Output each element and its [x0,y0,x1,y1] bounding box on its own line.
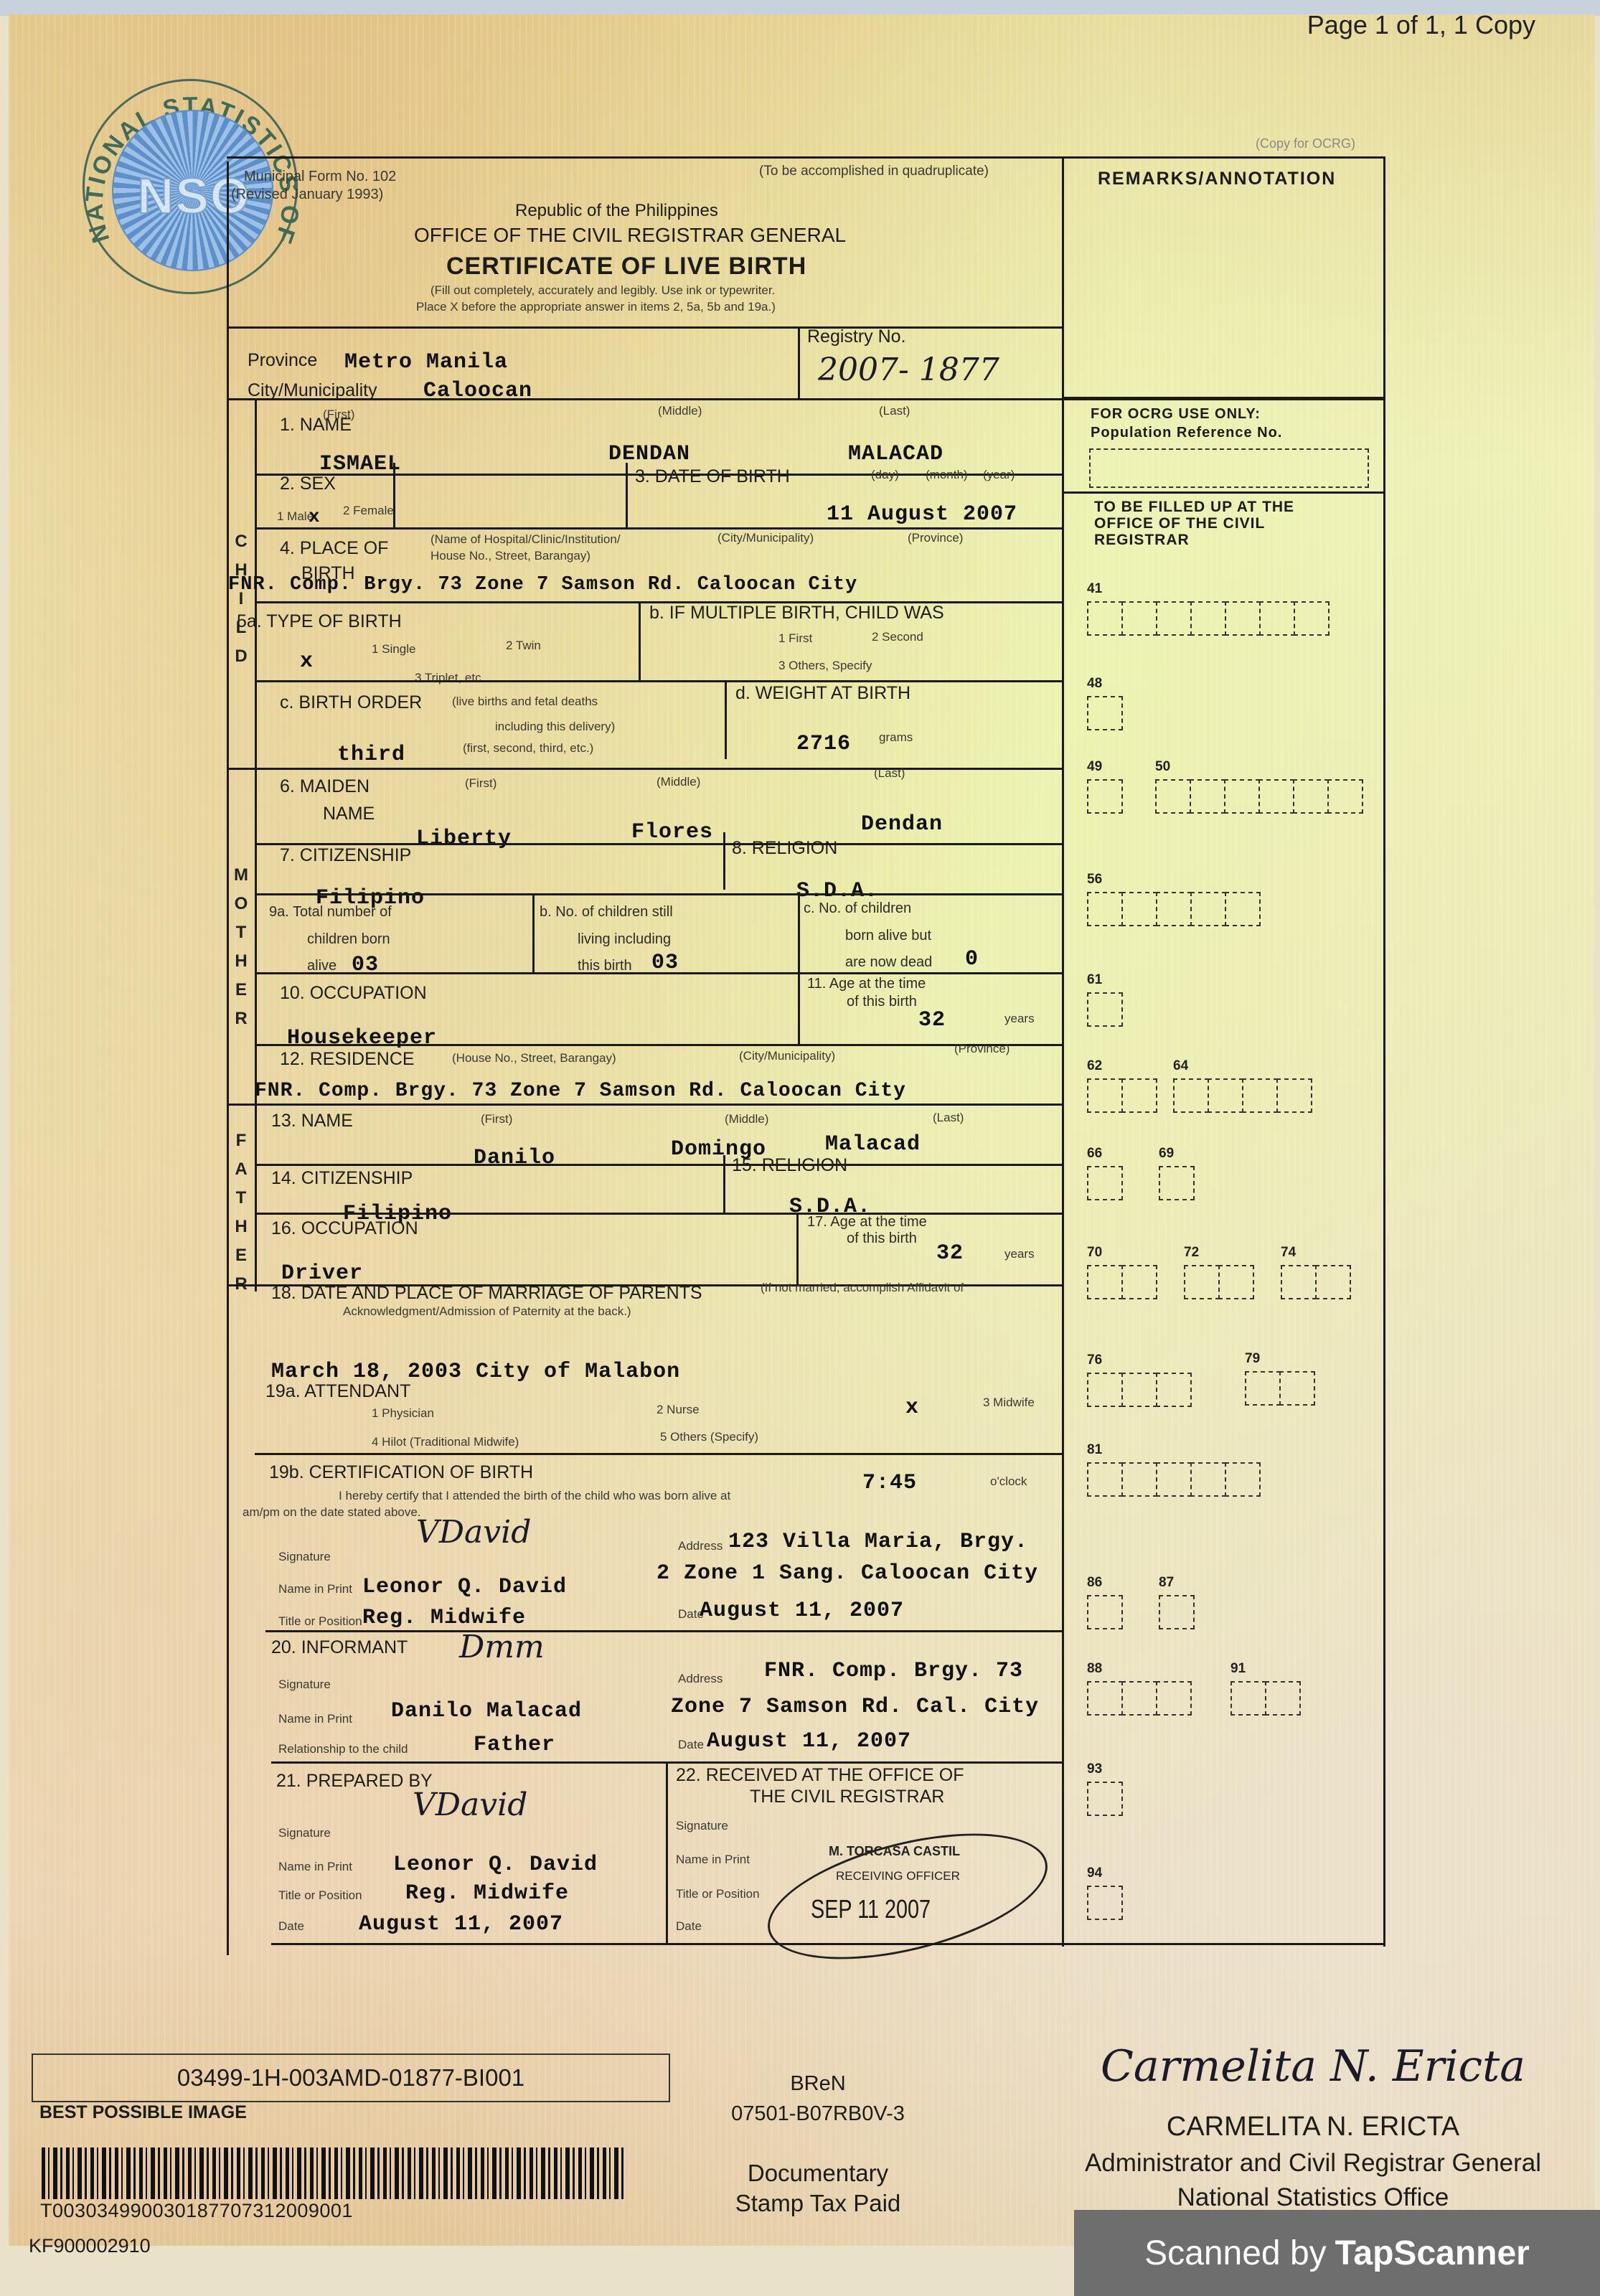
line [723,1155,725,1213]
code-box[interactable] [1159,1595,1195,1629]
code-box[interactable] [1156,892,1192,926]
code-box-group[interactable] [1155,779,1362,814]
code-box[interactable] [1121,601,1157,636]
code-box-group[interactable] [1087,1265,1156,1299]
code-box-group[interactable] [1087,696,1121,730]
attendant-midwife-option: 3 Midwife [983,1396,1035,1410]
code-box[interactable] [1279,1371,1315,1406]
father-religion-label: 15. RELIGION [732,1155,847,1176]
received-label-1: 22. RECEIVED AT THE OFFICE OF [676,1765,964,1786]
line [723,832,725,890]
father-age-value: 32 [936,1241,964,1266]
certification-text-1: I hereby certify that I attended the bir… [339,1489,730,1503]
code-box[interactable] [1087,1166,1123,1200]
line [255,1453,1063,1455]
code-box[interactable] [1190,779,1225,814]
informant-date-value: August 11, 2007 [707,1729,911,1754]
prepared-signature-label: Signature [278,1826,331,1840]
code-box-group[interactable] [1087,1886,1121,1920]
weight-label: d. WEIGHT AT BIRTH [735,683,910,704]
birth-time-unit: o'clock [990,1474,1027,1489]
code-box-group[interactable] [1087,1078,1156,1113]
code-box[interactable] [1121,1462,1157,1497]
mother-name-label-2: NAME [323,804,375,824]
code-label: 62 [1087,1058,1102,1074]
father-age-label-1: 17. Age at the time [807,1214,927,1231]
code-box[interactable] [1087,601,1123,636]
type-mark: x [300,649,314,674]
cert-address-line-2: 2 Zone 1 Sang. Caloocan City [657,1561,1038,1586]
attendant-mark: x [905,1396,919,1420]
informant-relationship-label: Relationship to the child [278,1742,408,1756]
line [255,1164,1063,1166]
father-age-label-2: of this birth [847,1231,917,1247]
total-children-label-1: 9a. Total number of [269,904,392,921]
informant-name-label: Name in Print [278,1712,352,1726]
code-box[interactable] [1173,1078,1209,1113]
code-label: 76 [1087,1352,1102,1368]
city-value: Caloocan [423,379,532,403]
attendant-physician-option: 1 Physician [372,1406,434,1421]
code-box[interactable] [1159,1166,1195,1200]
code-label: 86 [1087,1575,1102,1591]
birth-order-hint-3: (first, second, third, etc.) [463,741,593,756]
type-single-option: 1 Single [372,642,415,657]
received-title-label: Title or Position [676,1887,760,1901]
received-date-label: Date [676,1919,702,1934]
cert-title-label: Title or Position [278,1614,362,1629]
birth-order-hint-1: (live births and fetal deaths [452,695,598,709]
code-box-group[interactable] [1230,1681,1299,1716]
header-bottom-line [227,326,1063,329]
pob-label-1: 4. PLACE OF [280,538,388,559]
pob-province-hint: (Province) [908,531,963,545]
code-box-group[interactable] [1087,1373,1190,1407]
registry-label: Registry No. [807,326,906,347]
code-box[interactable] [1225,1462,1261,1497]
code-box[interactable] [1121,1373,1157,1407]
stamp-tax-line-1: Documentary [710,2160,926,2187]
code-box[interactable] [1184,1265,1220,1299]
code-box[interactable] [1225,892,1261,926]
total-children-label-2: children born [307,931,390,948]
code-box[interactable] [1224,779,1260,814]
code-box-group[interactable] [1087,779,1121,814]
code-box[interactable] [1087,1462,1123,1497]
bren-value: 07501-B07RB0V-3 [710,2102,926,2126]
residence-value: FNR. Comp. Brgy. 73 Zone 7 Samson Rd. Ca… [255,1080,906,1102]
father-last-hint: (Last) [933,1111,964,1125]
code-box[interactable] [1087,1681,1123,1716]
pob-hint-2: House No., Street, Barangay) [430,549,590,563]
mother-age-label-1: 11. Age at the time [807,976,926,992]
code-label: 69 [1159,1146,1174,1162]
registrar-note-3: REGISTRAR [1094,530,1190,551]
code-box[interactable] [1293,779,1329,814]
code-box[interactable] [1156,1373,1192,1407]
code-box-group[interactable] [1087,1595,1121,1629]
code-label: 87 [1159,1575,1174,1591]
dead-children-value: 0 [965,947,979,971]
line [255,527,1063,530]
code-box[interactable] [1121,892,1157,926]
code-label: 93 [1087,1761,1102,1777]
line [255,972,1063,974]
mother-first-name: Liberty [416,827,512,851]
code-box[interactable] [1327,779,1363,814]
father-citizenship-label: 14. CITIZENSHIP [271,1168,413,1189]
birth-time-value: 7:45 [862,1471,917,1495]
informant-address-line-2: Zone 7 Samson Rd. Cal. City [671,1695,1039,1719]
ocrg-pop-ref-label: Population Reference No. [1091,422,1282,443]
cert-signature: VDavid [416,1514,531,1551]
code-label: 91 [1230,1661,1246,1677]
code-box[interactable] [1121,1681,1157,1716]
code-box[interactable] [1258,779,1294,814]
kf-number: KF900002910 [29,2235,151,2257]
father-middle-hint: (Middle) [725,1112,768,1126]
line [255,680,1063,682]
mother-age-value: 32 [918,1008,946,1032]
code-box[interactable] [1281,1265,1317,1299]
registrar-signature: Carmelita N. Ericta [1055,2041,1571,2092]
mother-occupation-label: 10. OCCUPATION [280,983,427,1004]
code-box-group[interactable] [1159,1166,1193,1200]
code-label: 74 [1281,1245,1296,1261]
code-box[interactable] [1087,696,1123,730]
father-occupation-label: 16. OCCUPATION [271,1218,418,1239]
stamp-tax-line-2: Stamp Tax Paid [710,2190,926,2217]
code-label: 41 [1087,581,1102,597]
birth-order-label: c. BIRTH ORDER [280,692,422,713]
best-image-label: BEST POSSIBLE IMAGE [39,2102,247,2123]
line [639,601,641,680]
registry-value: 2007- 1877 [818,352,999,388]
informant-address-label: Address [678,1672,723,1686]
registrar-title: Administrator and Civil Registrar Genera… [1055,2149,1571,2178]
dob-value: 11 August 2007 [827,502,1017,527]
barcode-icon [42,2147,626,2199]
mother-religion-label: 8. RELIGION [732,838,837,859]
line [666,1761,668,1944]
code-box-group[interactable] [1087,1681,1190,1716]
registrar-name: CARMELITA N. ERICTA [1055,2112,1571,2142]
republic-label: Republic of the Philippines [515,201,718,221]
code-box[interactable] [1242,1078,1278,1113]
line [265,1630,1063,1632]
pob-city-hint: (City/Municipality) [717,531,814,545]
accomplish-note: (To be accomplished in quadruplicate) [759,164,989,179]
line [271,1943,1383,1945]
mother-citizenship-label: 7. CITIZENSHIP [280,845,411,866]
received-label-2: THE CIVIL REGISTRAR [750,1787,944,1807]
code-label: 48 [1087,676,1102,692]
living-children-label-1: b. No. of children still [540,904,673,921]
cert-signature-label: Signature [278,1550,331,1564]
attendant-others-option: 5 Others (Specify) [660,1430,758,1444]
father-name-label: 13. NAME [271,1111,353,1131]
living-children-label-2: living including [578,931,671,948]
code-box[interactable] [1190,1462,1226,1497]
code-label: 81 [1087,1442,1102,1458]
sex-mark: x [309,506,321,527]
cert-name-value: Leonor Q. David [362,1575,567,1599]
code-box-group[interactable] [1087,992,1121,1027]
attendant-label: 19a. ATTENDANT [265,1381,410,1402]
form-top-border [227,156,1383,159]
code-box-group[interactable] [1087,892,1259,926]
code-label: 56 [1087,872,1102,888]
certification-label: 19b. CERTIFICATION OF BIRTH [269,1462,533,1483]
line [798,893,800,1044]
code-box[interactable] [1259,601,1295,636]
dob-day-hint: (day) [871,468,899,482]
dob-label: 3. DATE OF BIRTH [635,466,790,487]
form-divider-remarks [1062,156,1064,1947]
sex-label: 2. SEX [280,474,336,494]
last-hint: (Last) [879,404,910,418]
prepared-name-label: Name in Print [278,1860,352,1874]
father-occupation-value: Driver [281,1261,363,1286]
code-label: 50 [1155,759,1170,775]
form-left-border [227,161,229,1955]
scanned-by-text: Scanned by [1144,2234,1327,2273]
pob-value: FNR. Comp. Brgy. 73 Zone 7 Samson Rd. Ca… [228,574,857,596]
control-number: 03499-1H-003AMD-01877-BI001 [32,2053,670,2102]
line [796,1213,799,1284]
dob-month-hint: (month) [926,468,968,482]
code-box-group[interactable] [1184,1265,1253,1299]
weight-value: 2716 [796,732,851,756]
informant-date-label: Date [678,1738,704,1752]
weight-unit: grams [879,730,913,745]
multiple-first-option: 1 First [778,631,812,646]
code-box[interactable] [1276,1078,1312,1113]
code-box[interactable] [1087,1373,1123,1407]
code-box-group[interactable] [1087,601,1328,636]
received-name-label: Name in Print [676,1853,750,1867]
barcode-number: T003034990030187707312009001 [40,2200,353,2222]
cert-date-value: August 11, 2007 [700,1599,904,1623]
certification-text-2: am/pm on the date stated above. [243,1505,421,1520]
line [1062,397,1383,399]
mother-last-hint: (Last) [874,766,905,781]
informant-name-value: Danilo Malacad [391,1699,582,1723]
father-age-unit: years [1004,1247,1035,1261]
code-box[interactable] [1190,601,1226,636]
tapscanner-brand: TapScanner [1335,2234,1530,2273]
line [227,768,1063,770]
residence-province-hint: (Province) [954,1042,1010,1056]
mother-age-unit: years [1004,1012,1035,1026]
bren-label: BReN [710,2072,926,2096]
dead-children-label-2: born alive but [845,928,931,944]
code-box[interactable] [1190,892,1226,926]
mother-religion-value: S.D.A. [796,879,878,903]
code-box-group[interactable] [1087,1462,1259,1497]
code-box-group[interactable] [1281,1265,1350,1299]
prepared-date-value: August 11, 2007 [359,1912,563,1937]
type-of-birth-label: 5a. TYPE OF BIRTH [237,611,402,632]
code-label: 64 [1173,1058,1188,1074]
remarks-title: REMARKS/ANNOTATION [1098,169,1336,189]
code-label: 66 [1087,1146,1102,1162]
code-box[interactable] [1155,779,1191,814]
cert-address-line-1: 123 Villa Maria, Brgy. [728,1530,1028,1554]
mother-occupation-value: Housekeeper [287,1026,437,1050]
remarks-right-border [1383,156,1385,1947]
birth-order-value: third [337,743,405,767]
first-hint: (First) [323,408,354,422]
mother-last-name: Dendan [861,812,943,837]
child-first-name: ISMAEL [319,452,401,476]
tapscanner-watermark: Scanned by TapScanner [1074,2210,1600,2296]
line [255,1213,1063,1215]
province-label: Province [248,350,317,371]
code-box-group[interactable] [1245,1371,1314,1406]
registry-divider [798,326,800,398]
code-box[interactable] [1265,1681,1301,1716]
child-last-name: MALACAD [848,442,943,466]
code-box[interactable] [1121,1078,1157,1113]
code-box[interactable] [1087,1078,1123,1113]
code-box[interactable] [1230,1681,1266,1716]
prepared-date-label: Date [278,1919,304,1934]
received-signature-label: Signature [676,1819,728,1833]
pob-hint-1: (Name of Hospital/Clinic/Institution/ [430,532,621,547]
marriage-hint-1: (If not married, accomplish Affidavit of [761,1281,964,1295]
marriage-hint-2: Acknowledgment/Admission of Paternity at… [343,1304,631,1319]
line [626,463,628,527]
residence-city-hint: (City/Municipality) [739,1049,835,1063]
line [255,1044,1063,1046]
code-box[interactable] [1315,1265,1351,1299]
father-first-name: Danilo [474,1146,555,1170]
office-label: OFFICE OF THE CIVIL REGISTRAR GENERAL [414,224,846,247]
attendant-hilot-option: 4 Hilot (Traditional Midwife) [372,1435,519,1449]
birth-order-hint-2: including this delivery) [495,720,615,734]
father-last-name: Malacad [825,1132,921,1157]
multiple-birth-label: b. IF MULTIPLE BIRTH, CHILD WAS [649,603,944,624]
population-reference-field[interactable] [1089,448,1369,488]
instructions-line-2: Place X before the appropriate answer in… [416,300,776,314]
prepared-label: 21. PREPARED BY [276,1771,433,1792]
code-box[interactable] [1218,1265,1254,1299]
code-box[interactable] [1087,992,1123,1027]
dead-children-label-1: c. No. of children [804,900,911,917]
middle-hint: (Middle) [658,404,702,418]
code-box[interactable] [1156,1681,1192,1716]
registrar-office: National Statistics Office [1055,2183,1571,2212]
code-box[interactable] [1208,1078,1243,1113]
mother-section-label: MOTHER [231,861,251,1033]
informant-relationship-value: Father [474,1733,555,1757]
residence-label: 12. RESIDENCE [280,1049,415,1070]
mother-first-hint: (First) [465,776,497,791]
code-box[interactable] [1294,601,1330,636]
cert-title-value: Reg. Midwife [362,1606,526,1630]
type-twin-option: 2 Twin [506,639,541,653]
informant-label: 20. INFORMANT [271,1637,408,1658]
dob-year-hint: (year) [983,468,1015,482]
line [1062,491,1383,494]
cert-address-label: Address [678,1539,723,1553]
father-section-label: FATHER [231,1126,251,1299]
line [725,680,727,759]
child-section-label: CHILD [231,527,251,671]
residence-hint: (House No., Street, Barangay) [452,1051,616,1065]
code-label: 70 [1087,1245,1102,1261]
multiple-others-option: 3 Others, Specify [778,659,872,673]
code-box-group[interactable] [1173,1078,1311,1113]
certificate-title: CERTIFICATE OF LIVE BIRTH [446,253,806,281]
city-label: City/Municipality [248,380,377,401]
code-box[interactable] [1156,1462,1192,1497]
cert-name-label: Name in Print [278,1582,352,1596]
prepared-title-value: Reg. Midwife [405,1881,569,1906]
code-label: 79 [1245,1351,1260,1367]
prepared-title-label: Title or Position [278,1888,362,1903]
page-count: Page 1 of 1, 1 Copy [1307,10,1535,40]
multiple-second-option: 2 Second [872,630,923,644]
code-label: 72 [1184,1245,1199,1261]
code-box[interactable] [1087,892,1123,926]
code-box[interactable] [1087,1886,1123,1920]
code-label: 94 [1087,1865,1102,1881]
form-revised: (Revised January 1993) [231,187,383,203]
mother-middle-hint: (Middle) [657,775,700,789]
province-value: Metro Manila [344,350,508,375]
code-box[interactable] [1121,1265,1157,1299]
mother-name-label-1: 6. MAIDEN [280,776,370,797]
father-first-hint: (First) [481,1112,512,1126]
informant-address-line-1: FNR. Comp. Brgy. 73 [764,1659,1023,1683]
mother-middle-name: Flores [631,820,713,844]
code-box[interactable] [1087,1595,1123,1629]
code-box-group[interactable] [1087,1166,1121,1200]
code-box-group[interactable] [1087,1782,1121,1816]
dead-children-label-3: are now dead [845,954,932,971]
copy-note: (Copy for OCRG) [1256,136,1355,151]
line [227,1104,1063,1106]
code-box-group[interactable] [1159,1595,1193,1629]
marriage-value: March 18, 2003 City of Malabon [271,1360,680,1384]
code-box[interactable] [1087,1265,1123,1299]
code-box[interactable] [1225,601,1261,636]
line [255,893,1063,895]
informant-signature-label: Signature [278,1678,331,1692]
sex-female-option: 2 Female [343,504,394,518]
prepared-signature: VDavid [413,1787,527,1823]
code-box[interactable] [1087,779,1123,814]
prepared-name-value: Leonor Q. David [393,1853,598,1877]
attendant-nurse-option: 2 Nurse [657,1403,700,1417]
informant-signature: Dmm [459,1629,545,1665]
instructions-line-1: (Fill out completely, accurately and leg… [430,283,775,298]
child-middle-name: DENDAN [608,442,690,466]
marriage-label: 18. DATE AND PLACE OF MARRIAGE OF PARENT… [271,1283,702,1304]
code-box[interactable] [1245,1371,1281,1406]
mother-age-label-2: of this birth [847,994,917,1010]
code-box[interactable] [1087,1782,1123,1816]
type-triplet-option: 3 Triplet, etc. [415,671,484,685]
code-label: 88 [1087,1661,1102,1677]
code-label: 49 [1087,759,1102,775]
living-children-value: 03 [651,951,679,975]
form-number: Municipal Form No. 102 [244,169,396,185]
code-box[interactable] [1156,601,1192,636]
code-label: 61 [1087,972,1102,988]
